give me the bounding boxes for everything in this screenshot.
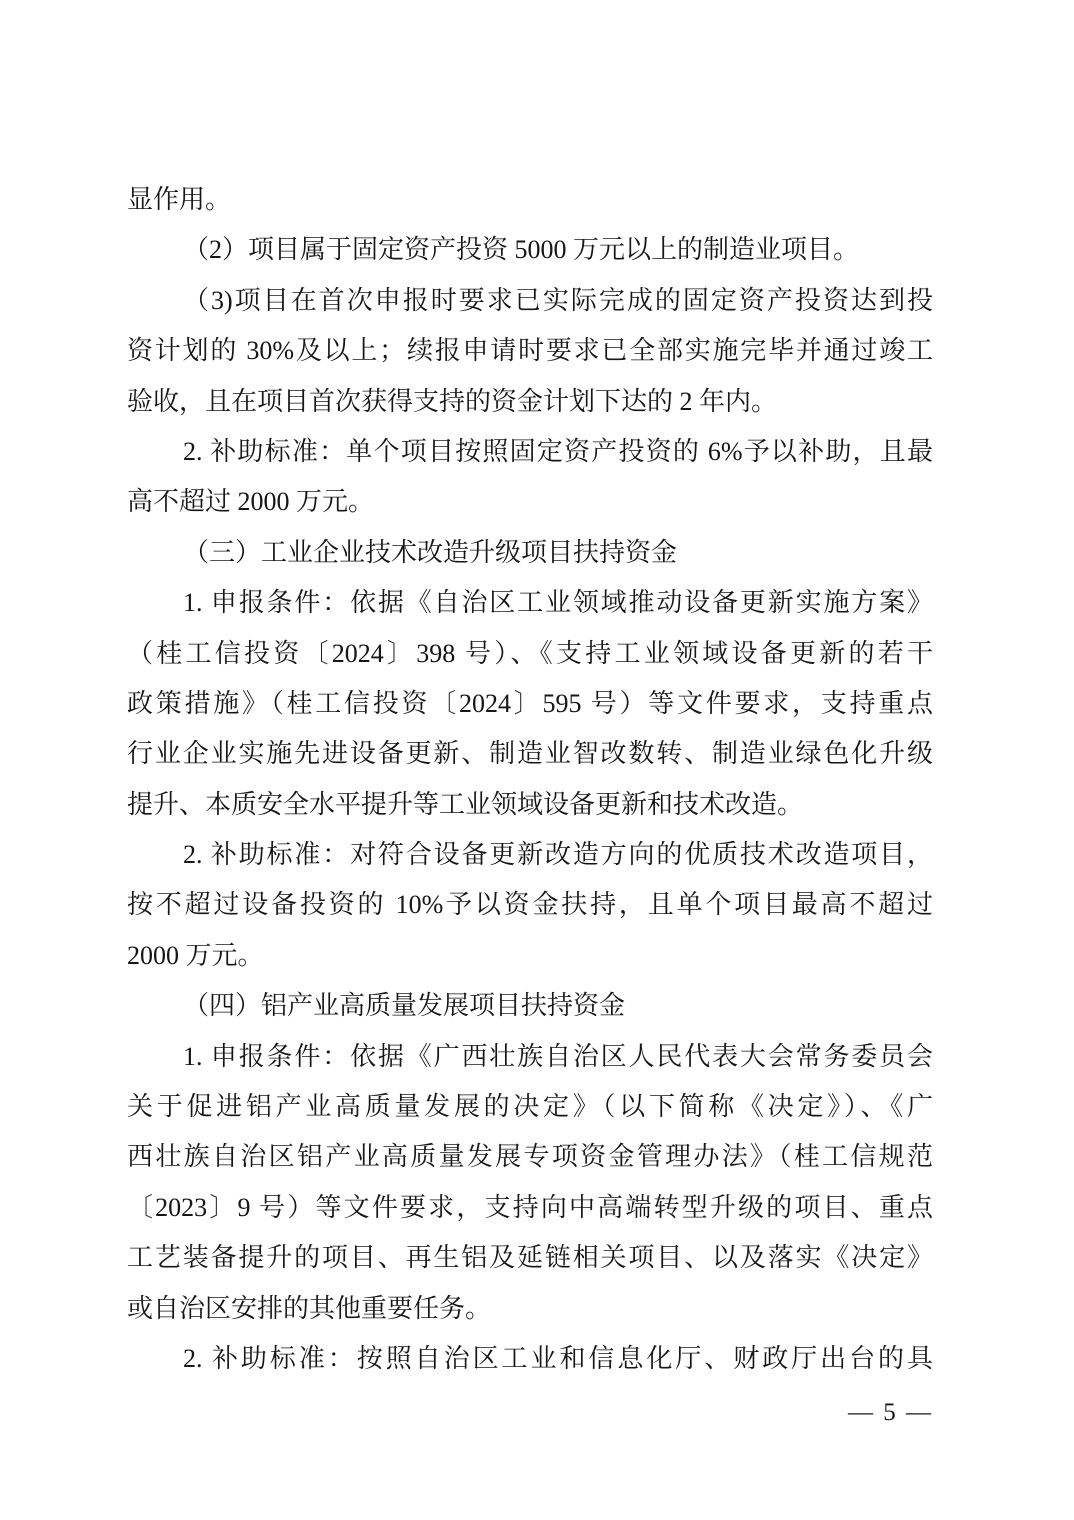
- text-line: 西壮族自治区铝产业高质量发展专项资金管理办法》（桂工信规范: [127, 1132, 933, 1182]
- text-line: 高不超过 2000 万元。: [127, 477, 933, 527]
- document-page: 显作用。（2）项目属于固定资产投资 5000 万元以上的制造业项目。（3)项目在…: [0, 0, 1074, 1520]
- text-line: 2000 万元。: [127, 931, 933, 981]
- text-line: 验收，且在项目首次获得支持的资金计划下达的 2 年内。: [127, 377, 933, 427]
- text-line: 2. 补助标准：按照自治区工业和信息化厅、财政厅出台的具: [127, 1334, 933, 1384]
- text-line: （四）铝产业高质量发展项目扶持资金: [127, 981, 933, 1031]
- text-line: 1. 申报条件：依据《广西壮族自治区人民代表大会常务委员会: [127, 1032, 933, 1082]
- text-line: 政策措施》（桂工信投资〔2024〕595 号）等文件要求，支持重点: [127, 679, 933, 729]
- page-number: — 5 —: [127, 1398, 933, 1428]
- text-line: 2. 补助标准：单个项目按照固定资产投资的 6%予以补助，且最: [127, 427, 933, 477]
- text-line: 关于促进铝产业高质量发展的决定》（以下简称《决定》）、《广: [127, 1082, 933, 1132]
- text-line: 按不超过设备投资的 10%予以资金扶持，且单个项目最高不超过: [127, 880, 933, 930]
- text-line: 提升、本质安全水平提升等工业领域设备更新和技术改造。: [127, 780, 933, 830]
- document-body: 显作用。（2）项目属于固定资产投资 5000 万元以上的制造业项目。（3)项目在…: [127, 175, 933, 1428]
- text-line: 资计划的 30%及以上；续报申请时要求已全部实施完毕并通过竣工: [127, 326, 933, 376]
- text-line: 或自治区安排的其他重要任务。: [127, 1284, 933, 1334]
- text-line: （3)项目在首次申报时要求已实际完成的固定资产投资达到投: [127, 276, 933, 326]
- text-line: 2. 补助标准：对符合设备更新改造方向的优质技术改造项目，: [127, 830, 933, 880]
- text-line: 显作用。: [127, 175, 933, 225]
- text-line: （桂工信投资〔2024〕398 号）、《支持工业领域设备更新的若干: [127, 629, 933, 679]
- text-line: （三）工业企业技术改造升级项目扶持资金: [127, 528, 933, 578]
- text-line: 〔2023〕9 号）等文件要求，支持向中高端转型升级的项目、重点: [127, 1183, 933, 1233]
- text-line: 行业企业实施先进设备更新、制造业智改数转、制造业绿色化升级: [127, 729, 933, 779]
- text-line: 工艺装备提升的项目、再生铝及延链相关项目、以及落实《决定》: [127, 1233, 933, 1283]
- text-line: 1. 申报条件：依据《自治区工业领域推动设备更新实施方案》: [127, 578, 933, 628]
- text-line: （2）项目属于固定资产投资 5000 万元以上的制造业项目。: [127, 225, 933, 275]
